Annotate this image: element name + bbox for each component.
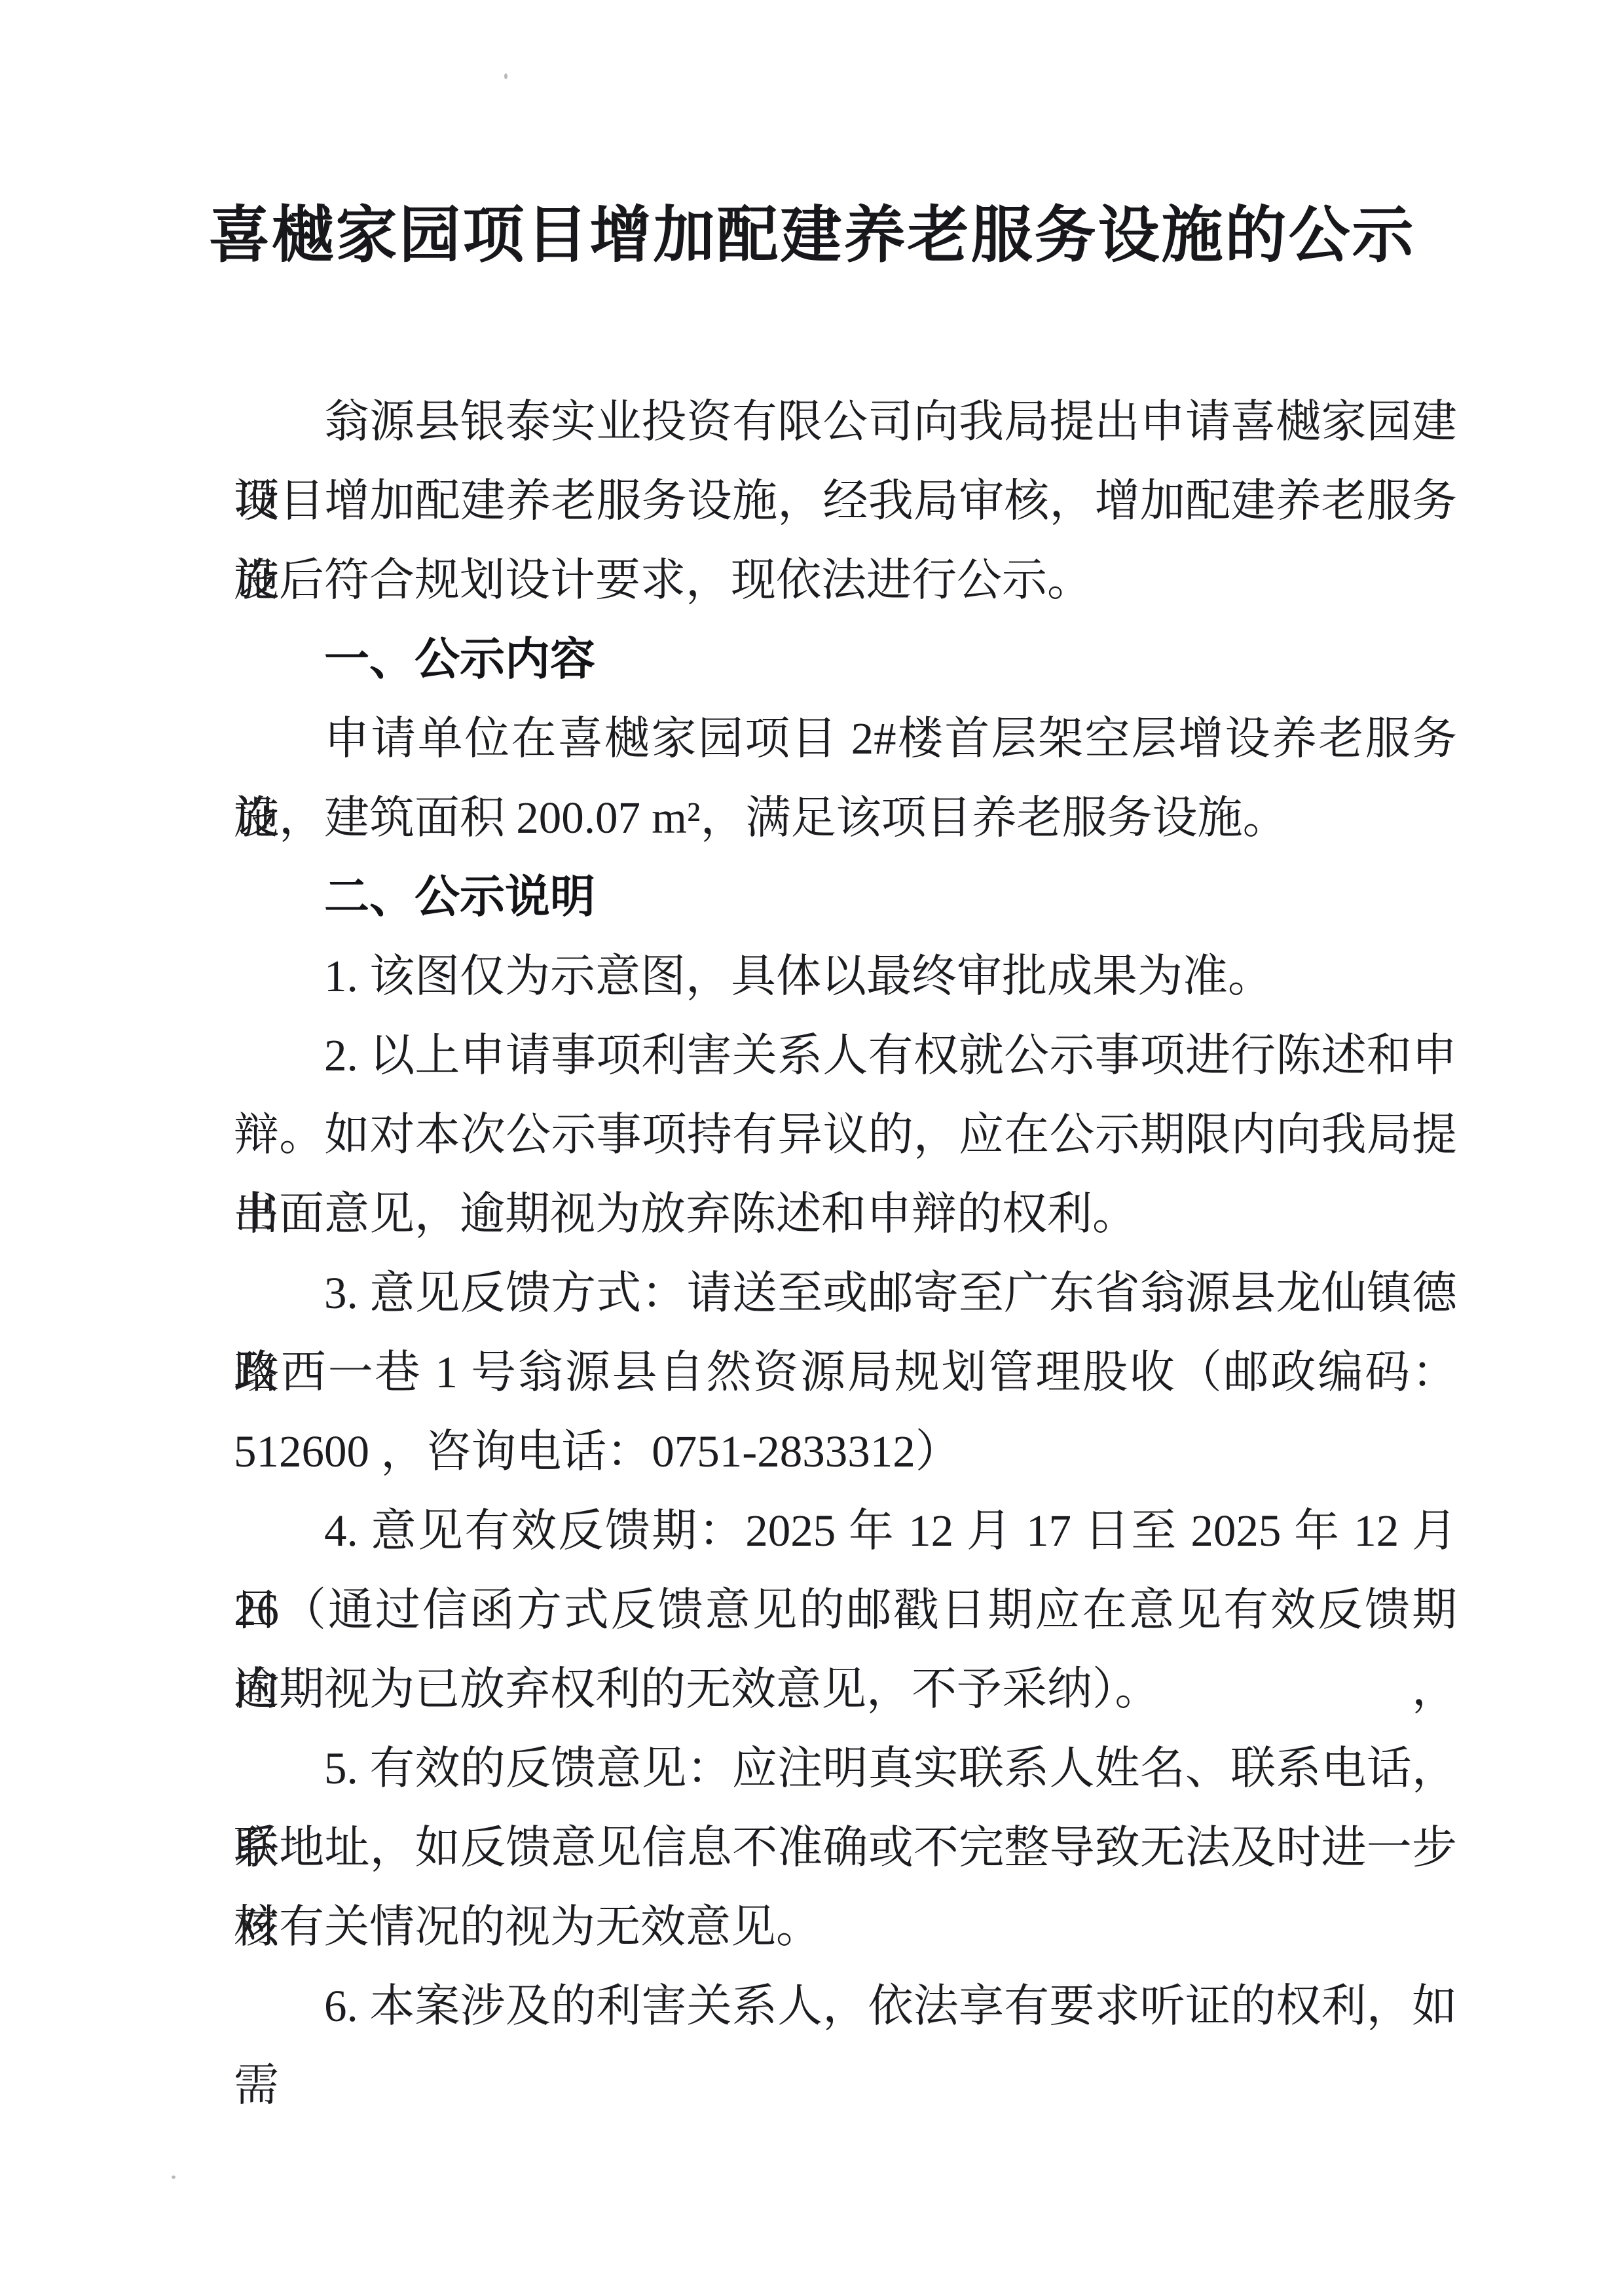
text-line: 1. 该图仅为示意图，具体以最终审批成果为准。 <box>234 937 1457 1016</box>
document-page: 喜樾家园项目增加配建养老服务设施的公示 翁源县银泰实业投资有限公司向我局提出申请… <box>0 0 1624 2296</box>
text-line: 施，建筑面积 200.07 m²，满足该项目养老服务设施。 <box>234 778 1457 858</box>
text-line: 4. 意见有效反馈期：2025 年 12 月 17 日至 2025 年 12 月… <box>234 1491 1457 1571</box>
text-line: 系地址，如反馈意见信息不准确或不完整导致无法及时进一步核 <box>234 1808 1457 1887</box>
scan-speck <box>172 2176 175 2179</box>
text-line: 3. 意见反馈方式：请送至或邮寄至广东省翁源县龙仙镇德政 <box>234 1254 1457 1333</box>
text-line: 路西一巷 1 号翁源县自然资源局规划管理股收（邮政编码： <box>234 1333 1457 1412</box>
text-line: 2. 以上申请事项利害关系人有权就公示事项进行陈述和申 <box>234 1016 1457 1095</box>
text-line: 辩。如对本次公示事项持有异议的，应在公示期限内向我局提出 <box>234 1095 1457 1175</box>
text-line: 项目增加配建养老服务设施，经我局审核，增加配建养老服务设 <box>234 462 1457 541</box>
text-line: 5. 有效的反馈意见：应注明真实联系人姓名、联系电话，联 <box>234 1729 1457 1808</box>
text-line: 6. 本案涉及的利害关系人，依法享有要求听证的权利，如需 <box>234 1967 1457 2046</box>
page-title: 喜樾家园项目增加配建养老服务设施的公示 <box>0 202 1624 270</box>
text-line: 申请单位在喜樾家园项目 2#楼首层架空层增设养老服务设 <box>234 699 1457 778</box>
text-line: 书面意见，逾期视为放弃陈述和申辩的权利。 <box>234 1175 1457 1254</box>
scan-speck <box>504 73 507 79</box>
text-line: 翁源县银泰实业投资有限公司向我局提出申请喜樾家园建设 <box>234 382 1457 462</box>
document-body: 翁源县银泰实业投资有限公司向我局提出申请喜樾家园建设 项目增加配建养老服务设施，… <box>234 382 1457 2046</box>
text-line: 日（通过信函方式反馈意见的邮戳日期应在意见有效反馈期内， <box>234 1571 1457 1650</box>
